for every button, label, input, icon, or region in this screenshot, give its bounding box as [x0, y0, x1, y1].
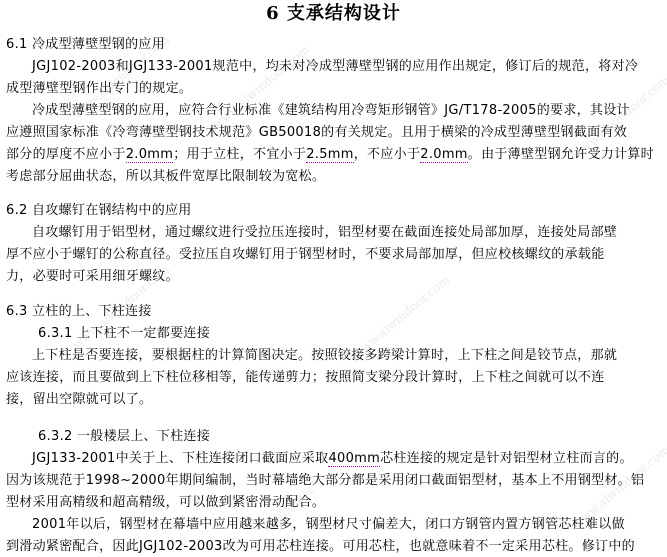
paragraph-line: JGJ133-2001中关于上、下柱连接闭口截面应采取400mm芯柱连接的规定是… [32, 448, 663, 470]
text-span: ，不应小于 [354, 147, 421, 162]
paragraph-line: 应遵照国家标准《冷弯薄壁型钢技术规范》GB50018的有关规定。且用于横梁的冷成… [6, 122, 663, 144]
subsection-heading-6-3-1: 6.3.1 上下柱不一定都要连接 [38, 323, 663, 345]
paragraph-line: 厚不应小于螺钉的公称直径。受拉压自攻螺钉用于钢型材时，不要求局部加厚，但应校核螺… [6, 244, 663, 266]
measurement-smart-tag[interactable]: 400mm [328, 451, 380, 467]
paragraph-line: 力，必要时可采用细牙螺纹。 [6, 266, 663, 288]
text-span: 部分的厚度不应小于 [6, 147, 126, 162]
text-span: JGJ133-2001中关于上、下柱连接闭口截面应采取 [32, 451, 328, 466]
text-span: ；用于立柱，不宜小于 [173, 147, 306, 162]
paragraph-line: 成型薄壁型钢作出专门的规定。 [6, 78, 663, 100]
section-heading-6-3: 6.3 立柱的上、下柱连接 [6, 301, 663, 323]
paragraph-line: 型材采用高精级和超高精级，可以做到紧密滑动配合。 [6, 492, 663, 514]
paragraph-line: 部分的厚度不应小于2.0mm；用于立柱，不宜小于2.5mm，不应小于2.0mm。… [6, 144, 663, 166]
measurement-smart-tag[interactable]: 2.0mm [420, 147, 468, 163]
document-page: www.alwindoor.com www.alwindoor.com www.… [0, 0, 667, 557]
measurement-smart-tag[interactable]: 2.5mm [306, 147, 354, 163]
measurement-smart-tag[interactable]: 2.0mm [126, 147, 174, 163]
paragraph-line: 上下柱是否要连接，要根据柱的计算简图决定。按照铰接多跨梁计算时，上下柱之间是铰节… [32, 345, 663, 367]
text-span: 。由于薄壁型钢允许受力计算时 [468, 147, 654, 162]
paragraph-line: JGJ102-2003和JGJ133-2001规范中，均未对冷成型薄壁型钢的应用… [32, 56, 663, 78]
paragraph-line: 考虑部分屈曲状态，所以其板件宽厚比限制较为宽松。 [6, 166, 663, 188]
text-span: 芯柱连接的规定是针对铝型材立柱而言的。 [380, 451, 633, 466]
chapter-title: 6 支承结构设计 [0, 1, 667, 27]
paragraph-line: 接，留出空隙就可以了。 [6, 389, 663, 411]
section-heading-6-2: 6.2 自攻螺钉在钢结构中的应用 [6, 200, 663, 222]
paragraph-line: 应该连接，而且要做到上下柱位移相等，能传递剪力；按照简支梁分段计算时，上下柱之间… [6, 367, 663, 389]
paragraph-line: 到滑动紧密配合，因此JGJ102-2003改为可用芯柱连接。可用芯柱，也就意味着… [6, 536, 663, 557]
section-heading-6-1: 6.1 冷成型薄壁型钢的应用 [6, 34, 663, 56]
paragraph-line: 冷成型薄壁型钢的应用，应符合行业标准《建筑结构用冷弯矩形钢管》JG/T178-2… [32, 100, 663, 122]
paragraph-line: 2001年以后，钢型材在幕墙中应用越来越多，钢型材尺寸偏差大，闭口方钢管内置方钢… [32, 514, 663, 536]
paragraph-line: 自攻螺钉用于铝型材，通过螺纹进行受拉压连接时，铝型材要在截面连接处局部加厚，连接… [32, 222, 663, 244]
subsection-heading-6-3-2: 6.3.2 一般楼层上、下柱连接 [38, 426, 663, 448]
paragraph-line: 因为该规范于1998~2000年期间编制，当时幕墙绝大部分都是采用闭口截面铝型材… [6, 470, 663, 492]
